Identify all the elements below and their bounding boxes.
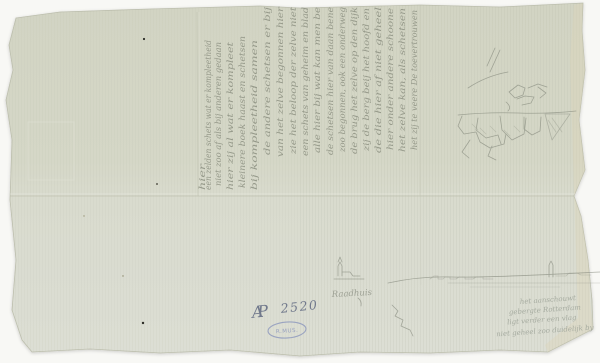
- letter-line: zoo begonnen, ook een onderweg: [338, 6, 348, 153]
- scanned-drawing-sheet: het zij te veere De toevertrouwenhet zel…: [0, 0, 600, 363]
- letter-line: van het zelve begonnen hier: [276, 6, 286, 157]
- sheet-svg: het zij te veere De toevertrouwenhet zel…: [0, 0, 600, 363]
- letter-line: niet zoo af als bij anderen gedaan: [214, 42, 224, 186]
- letter-line: de schetsen hier van daan bene: [326, 7, 336, 155]
- letter-line: zij de berg beij het hoofd en: [362, 8, 372, 152]
- letter-line: bij kompleetheid samen: [250, 40, 260, 190]
- letter-line: de die hier af niet geheel: [374, 7, 384, 153]
- letter-line: hier zij al wat er kompleet: [226, 41, 236, 190]
- letter-line: hier: [198, 163, 208, 190]
- letter-line: het zelve kan, als schetsen: [398, 8, 408, 152]
- letter-line: een schets van geheim en blad: [301, 6, 311, 156]
- letter-line: zie het beloop der zelve niet: [289, 6, 299, 155]
- letter-line: kleinere boek haast en schetsen: [238, 36, 248, 188]
- letter-line: de brug het zelve op den dijk: [350, 7, 360, 154]
- letter-line: het zij te veere De toevertrouwen: [410, 10, 420, 150]
- letter-line: de andere schetsen er bij: [263, 7, 273, 155]
- letter-line: hier onder andere schoone: [386, 8, 396, 150]
- letter-line: alle hier bij wat kan men be: [313, 7, 323, 153]
